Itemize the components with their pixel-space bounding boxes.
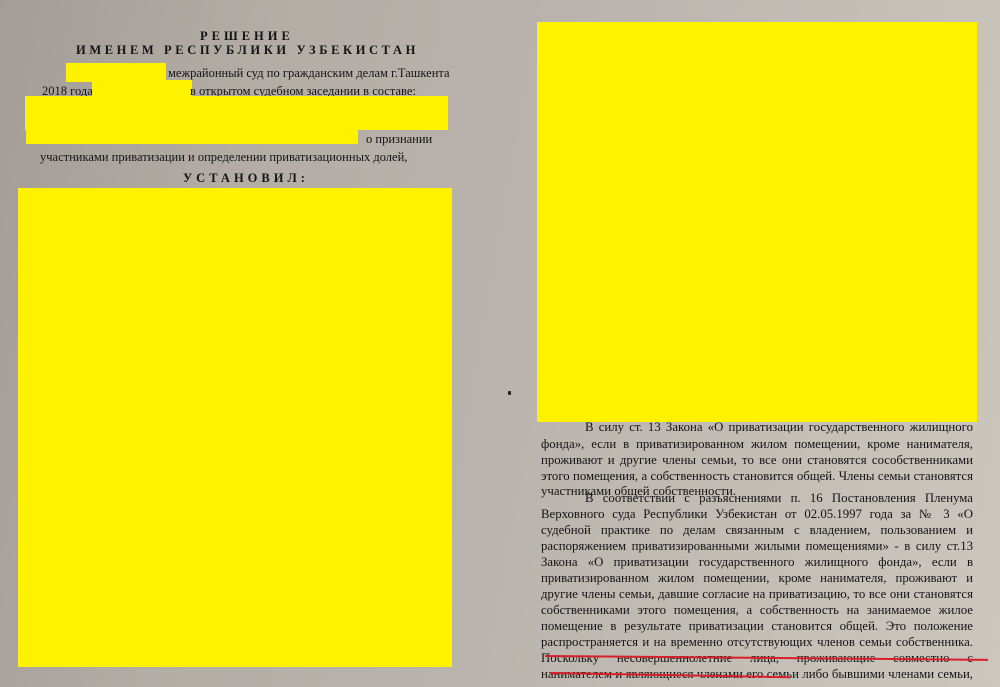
decision-heading: РЕШЕНИЕ <box>200 29 294 44</box>
para1-line1: В силу ст. 13 Закона «О приватизации гос… <box>541 420 973 435</box>
para1-line4: этого помещения, а собственность станови… <box>541 469 973 484</box>
redaction-composition <box>25 96 448 130</box>
para2-line4: распоряжением приватизированными жилыми … <box>541 539 973 554</box>
subject-tail: о признании <box>366 132 432 147</box>
subject-line: участниками приватизации и определении п… <box>40 150 407 165</box>
republic-heading: ИМЕНЕМ РЕСПУБЛИКИ УЗБЕКИСТАН <box>76 43 419 58</box>
scanned-document: РЕШЕНИЕ ИМЕНЕМ РЕСПУБЛИКИ УЗБЕКИСТАН меж… <box>0 0 1000 687</box>
para2-line3: судебной практике по делам связанным с в… <box>541 523 973 538</box>
para2-line2: Верховного суда Республики Узбекистан от… <box>541 507 973 522</box>
established-heading: УСТАНОВИЛ: <box>183 171 309 186</box>
para1-line3: проживают и другие члены семьи, то все о… <box>541 453 973 468</box>
para2-line7: другие члены семьи, давшие согласие на п… <box>541 587 973 602</box>
redaction-parties <box>26 128 358 144</box>
para2-line8: собственниками этого помещения, а собств… <box>541 603 973 618</box>
para2-line10: распространяется и на временно отсутству… <box>541 635 973 650</box>
para2-line5: Закона «О приватизации государственного … <box>541 555 973 570</box>
redaction-right-top <box>537 22 977 422</box>
para2-line1: В соответствии с разъяснениями п. 16 Пос… <box>541 491 973 506</box>
para1-line2: фонда», если в приватизированном жилом п… <box>541 437 973 452</box>
para2-line9: помещение в результате приватизации стан… <box>541 619 973 634</box>
speck <box>508 391 511 395</box>
court-line: межрайонный суд по гражданским делам г.Т… <box>168 66 450 81</box>
para2-line6: приватизированном жилом помещении, кроме… <box>541 571 973 586</box>
redaction-left-body <box>18 188 452 667</box>
